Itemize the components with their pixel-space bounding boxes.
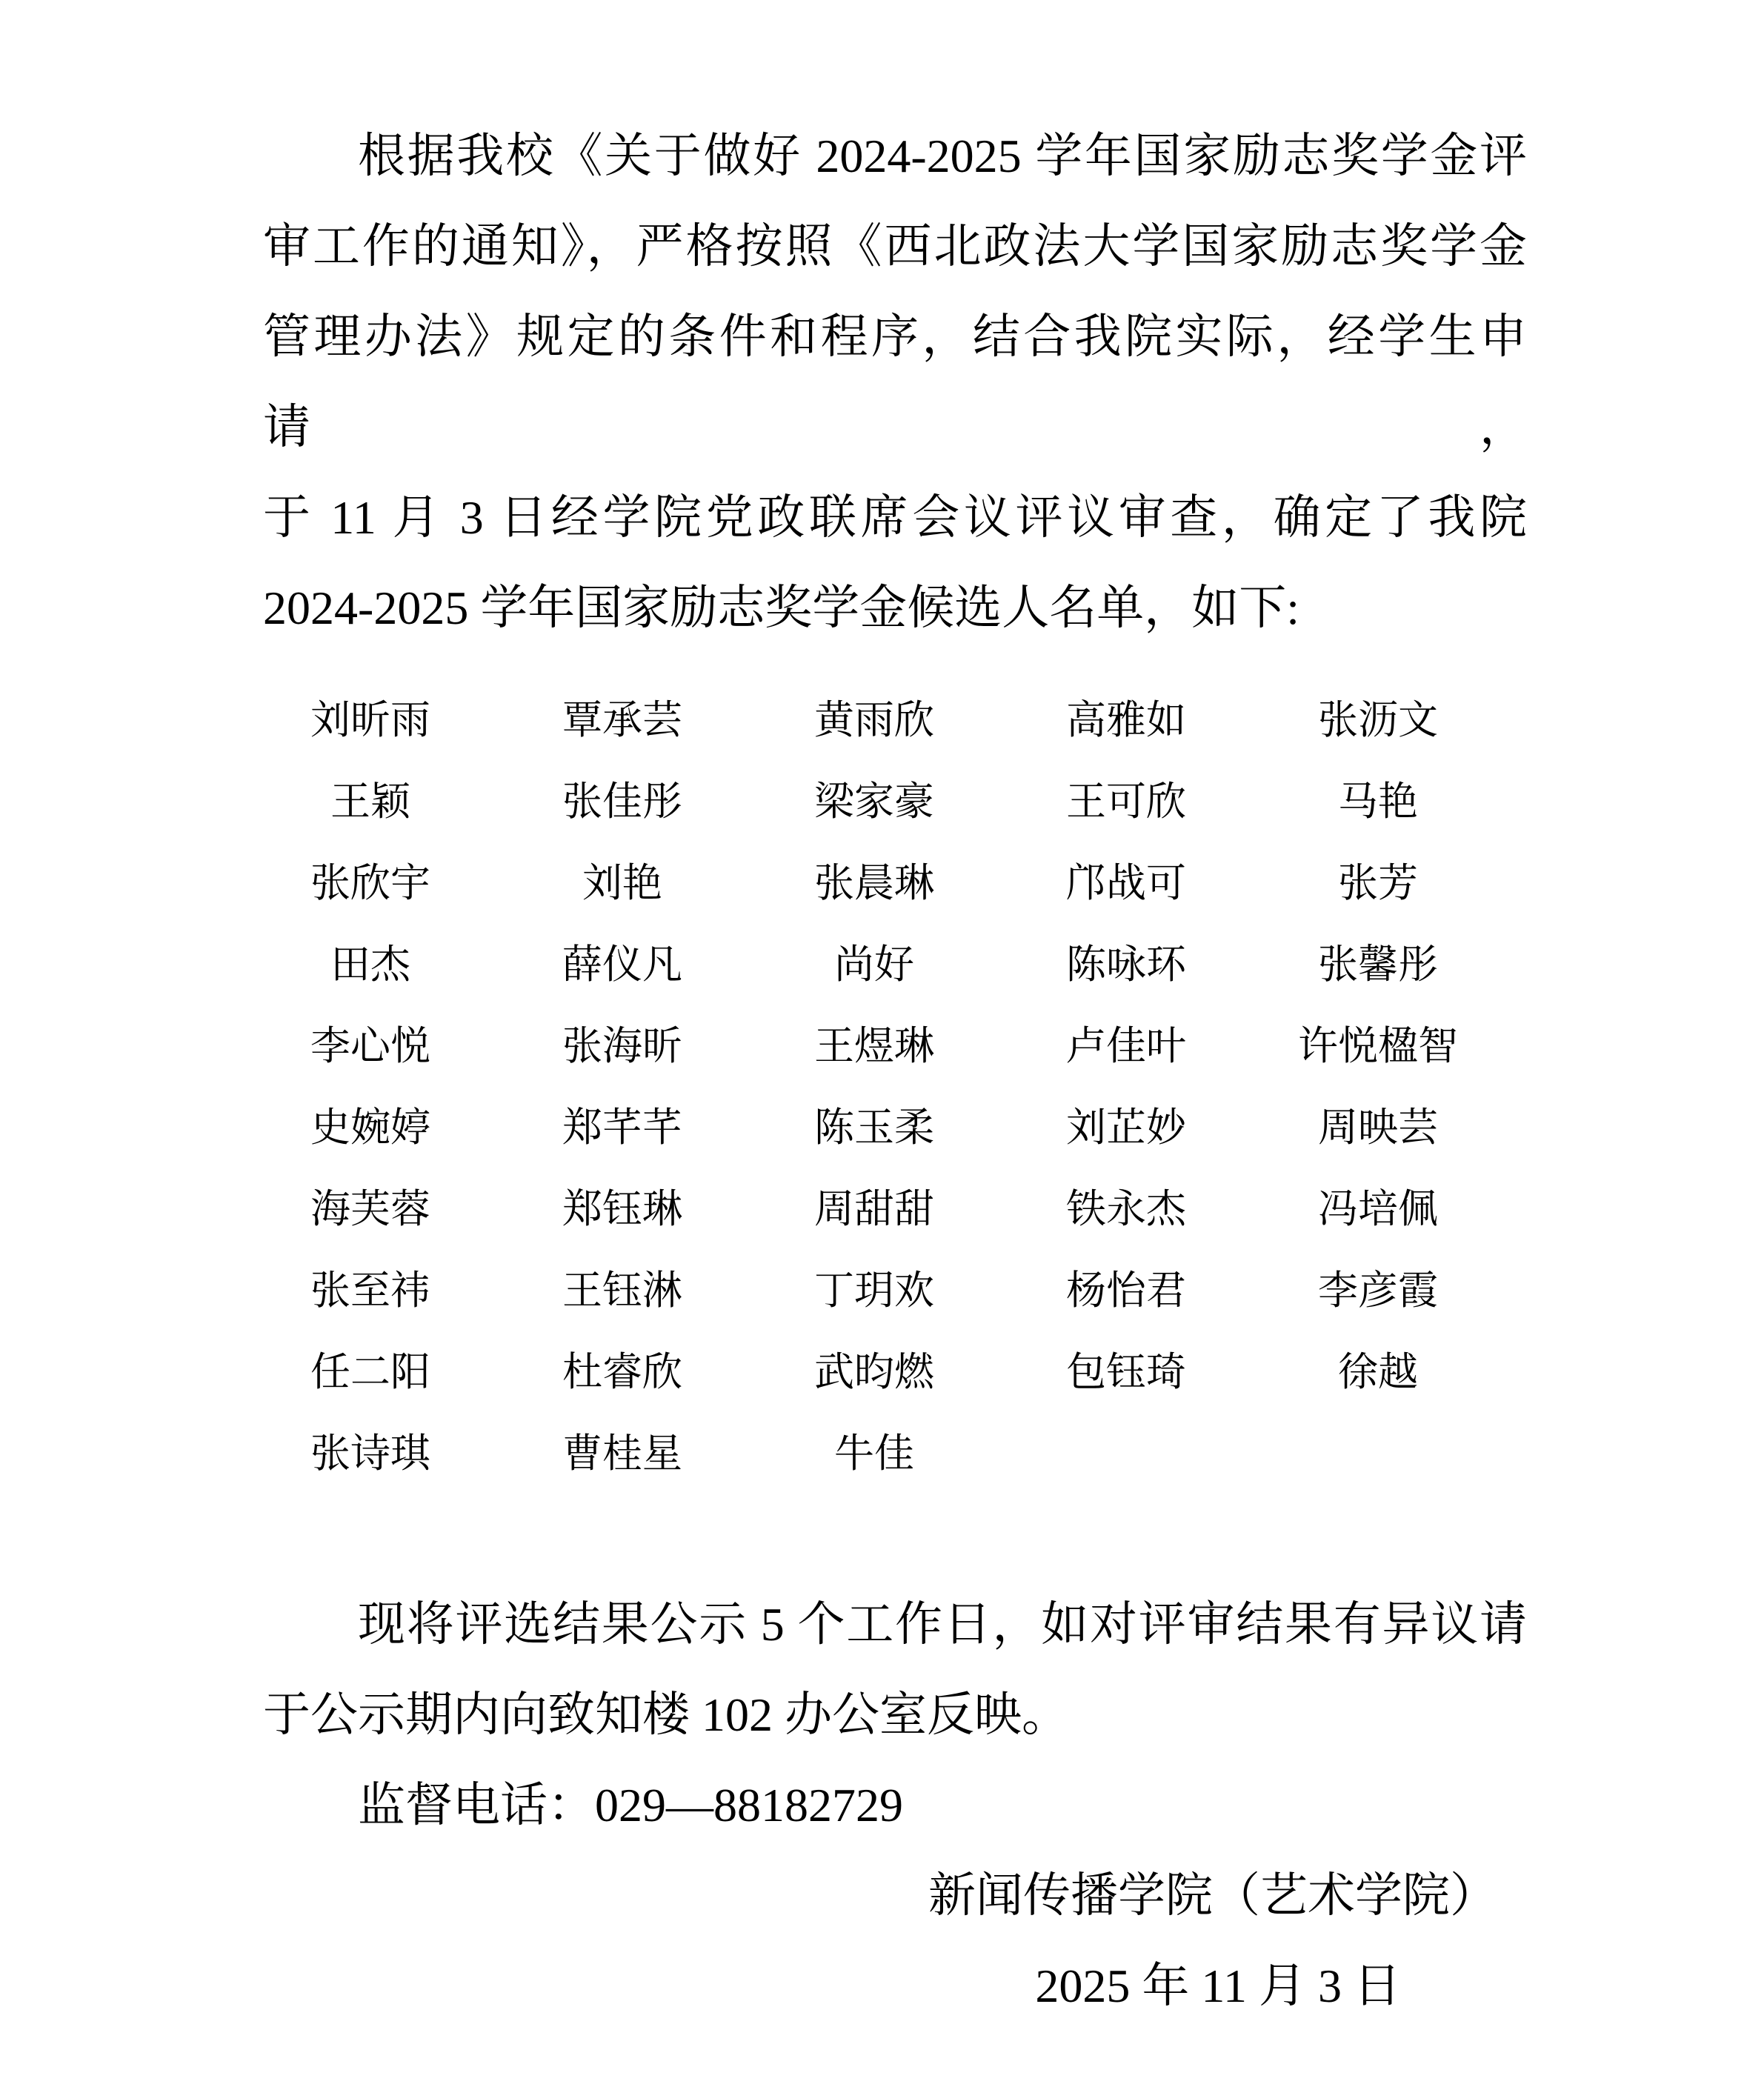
- intro-line: 2024-2025 学年国家励志奖学金候选人名单，如下:: [263, 563, 1527, 653]
- candidate-name: 李彦霞: [1252, 1250, 1504, 1331]
- candidate-row: 张至祎王钰淋丁玥欢杨怡君李彦霞: [244, 1250, 1504, 1331]
- candidate-row: 李心悦张海昕王煜琳卢佳叶许悦楹智: [244, 1005, 1504, 1087]
- candidate-name: 张佳彤: [496, 761, 748, 842]
- date-line: 2025 年 11 月 3 日: [263, 1941, 1527, 2031]
- candidate-name: 郑芊芊: [496, 1087, 748, 1168]
- candidate-name: 海芙蓉: [244, 1168, 496, 1250]
- candidate-name: 邝战可: [1000, 842, 1252, 924]
- phone-line: 监督电话：029—88182729: [263, 1760, 1527, 1851]
- candidate-name: 冯培佩: [1252, 1168, 1504, 1250]
- candidate-name: 李心悦: [244, 1005, 496, 1087]
- candidate-name: 徐越: [1252, 1331, 1504, 1413]
- candidate-name: 任二阳: [244, 1331, 496, 1413]
- candidates-grid: 刘昕雨覃承芸黄雨欣高雅如张沥文王颖张佳彤梁家豪王可欣马艳张欣宇刘艳张晨琳邝战可张…: [244, 679, 1504, 1494]
- candidate-row: 史婉婷郑芊芊陈玉柔刘芷妙周映芸: [244, 1087, 1504, 1168]
- candidate-name: 周映芸: [1252, 1087, 1504, 1168]
- candidate-name: 刘芷妙: [1000, 1087, 1252, 1168]
- candidate-row: 田杰薛仪凡尚好陈咏环张馨彤: [244, 924, 1504, 1005]
- candidate-name: 张沥文: [1252, 679, 1504, 761]
- candidate-name: 卢佳叶: [1000, 1005, 1252, 1087]
- candidate-name: 田杰: [244, 924, 496, 1005]
- candidate-name: 王煜琳: [748, 1005, 1000, 1087]
- candidate-row: 张欣宇刘艳张晨琳邝战可张芳: [244, 842, 1504, 924]
- candidate-name: 梁家豪: [748, 761, 1000, 842]
- candidate-name: 王可欣: [1000, 761, 1252, 842]
- candidate-name: 陈咏环: [1000, 924, 1252, 1005]
- closing-line: 于公示期内向致知楼 102 办公室反映。: [263, 1670, 1527, 1760]
- signature-line: 新闻传播学院（艺术学院）: [263, 1851, 1527, 1941]
- candidate-row: 王颖张佳彤梁家豪王可欣马艳: [244, 761, 1504, 842]
- candidate-name: 杜睿欣: [496, 1331, 748, 1413]
- candidate-name: 张馨彤: [1252, 924, 1504, 1005]
- candidate-name: 张海昕: [496, 1005, 748, 1087]
- candidate-name: 张芳: [1252, 842, 1504, 924]
- candidate-name: 郑钰琳: [496, 1168, 748, 1250]
- candidate-name: 牛佳: [748, 1413, 1000, 1494]
- candidate-name: 黄雨欣: [748, 679, 1000, 761]
- intro-line: 管理办法》规定的条件和程序，结合我院实际，经学生申请，: [263, 292, 1527, 473]
- closing-line: 现将评选结果公示 5 个工作日，如对评审结果有异议请: [263, 1580, 1527, 1670]
- candidate-name: 张至祎: [244, 1250, 496, 1331]
- intro-line: 于 11 月 3 日经学院党政联席会议评议审查，确定了我院: [263, 473, 1527, 563]
- candidate-name: 曹桂星: [496, 1413, 748, 1494]
- intro-line: 根据我校《关于做好 2024-2025 学年国家励志奖学金评: [263, 111, 1527, 202]
- candidate-name: 王钰淋: [496, 1250, 748, 1331]
- candidate-name: 铁永杰: [1000, 1168, 1252, 1250]
- candidate-name: 史婉婷: [244, 1087, 496, 1168]
- candidate-name: 张晨琳: [748, 842, 1000, 924]
- candidate-name: 覃承芸: [496, 679, 748, 761]
- candidate-name: 高雅如: [1000, 679, 1252, 761]
- candidate-name: 马艳: [1252, 761, 1504, 842]
- candidate-name: 周甜甜: [748, 1168, 1000, 1250]
- candidate-name: 王颖: [244, 761, 496, 842]
- candidate-name: 尚好: [748, 924, 1000, 1005]
- candidate-name: 张欣宇: [244, 842, 496, 924]
- candidate-row: 海芙蓉郑钰琳周甜甜铁永杰冯培佩: [244, 1168, 1504, 1250]
- candidate-name: 丁玥欢: [748, 1250, 1000, 1331]
- intro-line: 审工作的通知》，严格按照《西北政法大学国家励志奖学金: [263, 202, 1527, 292]
- intro-paragraph: 根据我校《关于做好 2024-2025 学年国家励志奖学金评 审工作的通知》，严…: [263, 111, 1527, 653]
- candidate-row: 张诗琪曹桂星牛佳: [244, 1413, 1504, 1494]
- candidate-name: 刘昕雨: [244, 679, 496, 761]
- candidate-name: 刘艳: [496, 842, 748, 924]
- candidate-name: 张诗琪: [244, 1413, 496, 1494]
- candidate-name: 陈玉柔: [748, 1087, 1000, 1168]
- candidate-name: 许悦楹智: [1252, 1005, 1504, 1087]
- candidate-name: 包钰琦: [1000, 1331, 1252, 1413]
- candidate-name: 杨怡君: [1000, 1250, 1252, 1331]
- closing-paragraph: 现将评选结果公示 5 个工作日，如对评审结果有异议请 于公示期内向致知楼 102…: [263, 1580, 1527, 2031]
- candidate-row: 任二阳杜睿欣武昀燃包钰琦徐越: [244, 1331, 1504, 1413]
- candidate-row: 刘昕雨覃承芸黄雨欣高雅如张沥文: [244, 679, 1504, 761]
- candidate-name: 薛仪凡: [496, 924, 748, 1005]
- document-page: 根据我校《关于做好 2024-2025 学年国家励志奖学金评 审工作的通知》，严…: [0, 0, 1764, 2087]
- candidate-name: 武昀燃: [748, 1331, 1000, 1413]
